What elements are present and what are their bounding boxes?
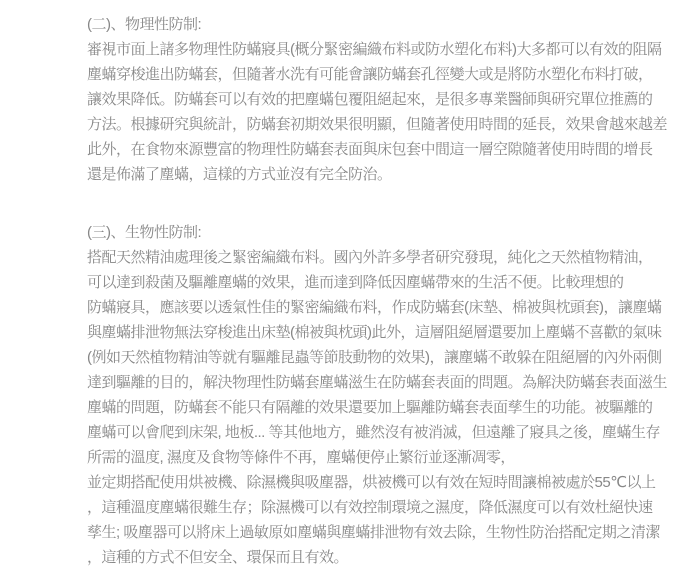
text-line: 方法。根據研究與統計，防蟎套初期效果很明顯，但隨著使用時間的延長，效果會越來越差 [87, 112, 672, 137]
text-line: ，這種溫度塵蟎很難生存；除濕機可以有效控制環境之濕度，降低濕度可以有效杜絕快速 [87, 495, 672, 520]
text-line: 達到驅離的目的，解決物理性防蟎套塵蟎滋生在防蟎套表面的問題。為解決防蟎套表面滋生 [87, 370, 672, 395]
text-line: 與塵蟎排泄物無法穿梭進出床墊(棉被與枕頭)此外，這層阻絕層還要加上塵蟎不喜歡的氣… [87, 320, 672, 345]
text-line: 塵蟎穿梭進出防蟎套，但隨著水洗有可能會讓防蟎套孔徑變大或是將防水塑化布料打破， [87, 62, 672, 87]
section-physical-control: (二)、物理性防制: 審視市面上諸多物理性防蟎寢具(概分緊密編織布料或防水塑化布… [87, 12, 672, 187]
article-body: (二)、物理性防制: 審視市面上諸多物理性防蟎寢具(概分緊密編織布料或防水塑化布… [87, 12, 672, 570]
text-line: 可以達到殺菌及驅離塵蟎的效果，進而達到降低因塵蟎帶來的生活不便。比較理想的 [87, 270, 672, 295]
text-line: 搭配天然精油處理後之緊密編織布料。國內外許多學者研究發現，純化之天然植物精油， [87, 245, 672, 270]
section-physical-heading: (二)、物理性防制: [87, 12, 672, 37]
text-line: 讓效果降低。防蟎套可以有效的把塵蟎包覆阻絕起來，是很多專業醫師與研究單位推薦的 [87, 87, 672, 112]
text-line: 並定期搭配使用烘被機、除濕機與吸塵器，烘被機可以有效在短時間讓棉被處於55℃以上 [87, 470, 672, 495]
text-line: 防蟎寢具，應該要以透氣性佳的緊密編織布料，作成防蟎套(床墊、棉被與枕頭套)，讓塵… [87, 295, 672, 320]
section-biological-control: (三)、生物性防制: 搭配天然精油處理後之緊密編織布料。國內外許多學者研究發現，… [87, 220, 672, 570]
text-line: ，這種的方式不但安全、環保而且有效。 [87, 545, 672, 570]
text-line: 還是佈滿了塵蟎，這樣的方式並沒有完全防治。 [87, 162, 672, 187]
text-line: 塵蟎可以會爬到床架, 地板... 等其他地方，雖然沒有被消滅，但遠離了寢具之後，… [87, 420, 672, 445]
section-biological-heading: (三)、生物性防制: [87, 220, 672, 245]
text-line: 此外，在食物來源豐富的物理性防蟎套表面與床包套中間這一層空隙隨著使用時間的增長 [87, 137, 672, 162]
text-line: (例如天然植物精油等就有驅離昆蟲等節肢動物的效果)，讓塵蟎不敢躲在阻絕層的內外兩… [87, 345, 672, 370]
text-line: 審視市面上諸多物理性防蟎寢具(概分緊密編織布料或防水塑化布料)大多都可以有效的阻… [87, 37, 672, 62]
text-line: 所需的溫度, 濕度及食物等條件不再，塵蟎便停止繁衍並逐漸凋零， [87, 445, 672, 470]
text-line: 孳生; 吸塵器可以將床上過敏原如塵蟎與塵蟎排泄物有效去除，生物性防治搭配定期之清… [87, 520, 672, 545]
text-line: 塵蟎的問題，防蟎套不能只有隔離的效果還要加上驅離防蟎套表面孳生的功能。被驅離的 [87, 395, 672, 420]
